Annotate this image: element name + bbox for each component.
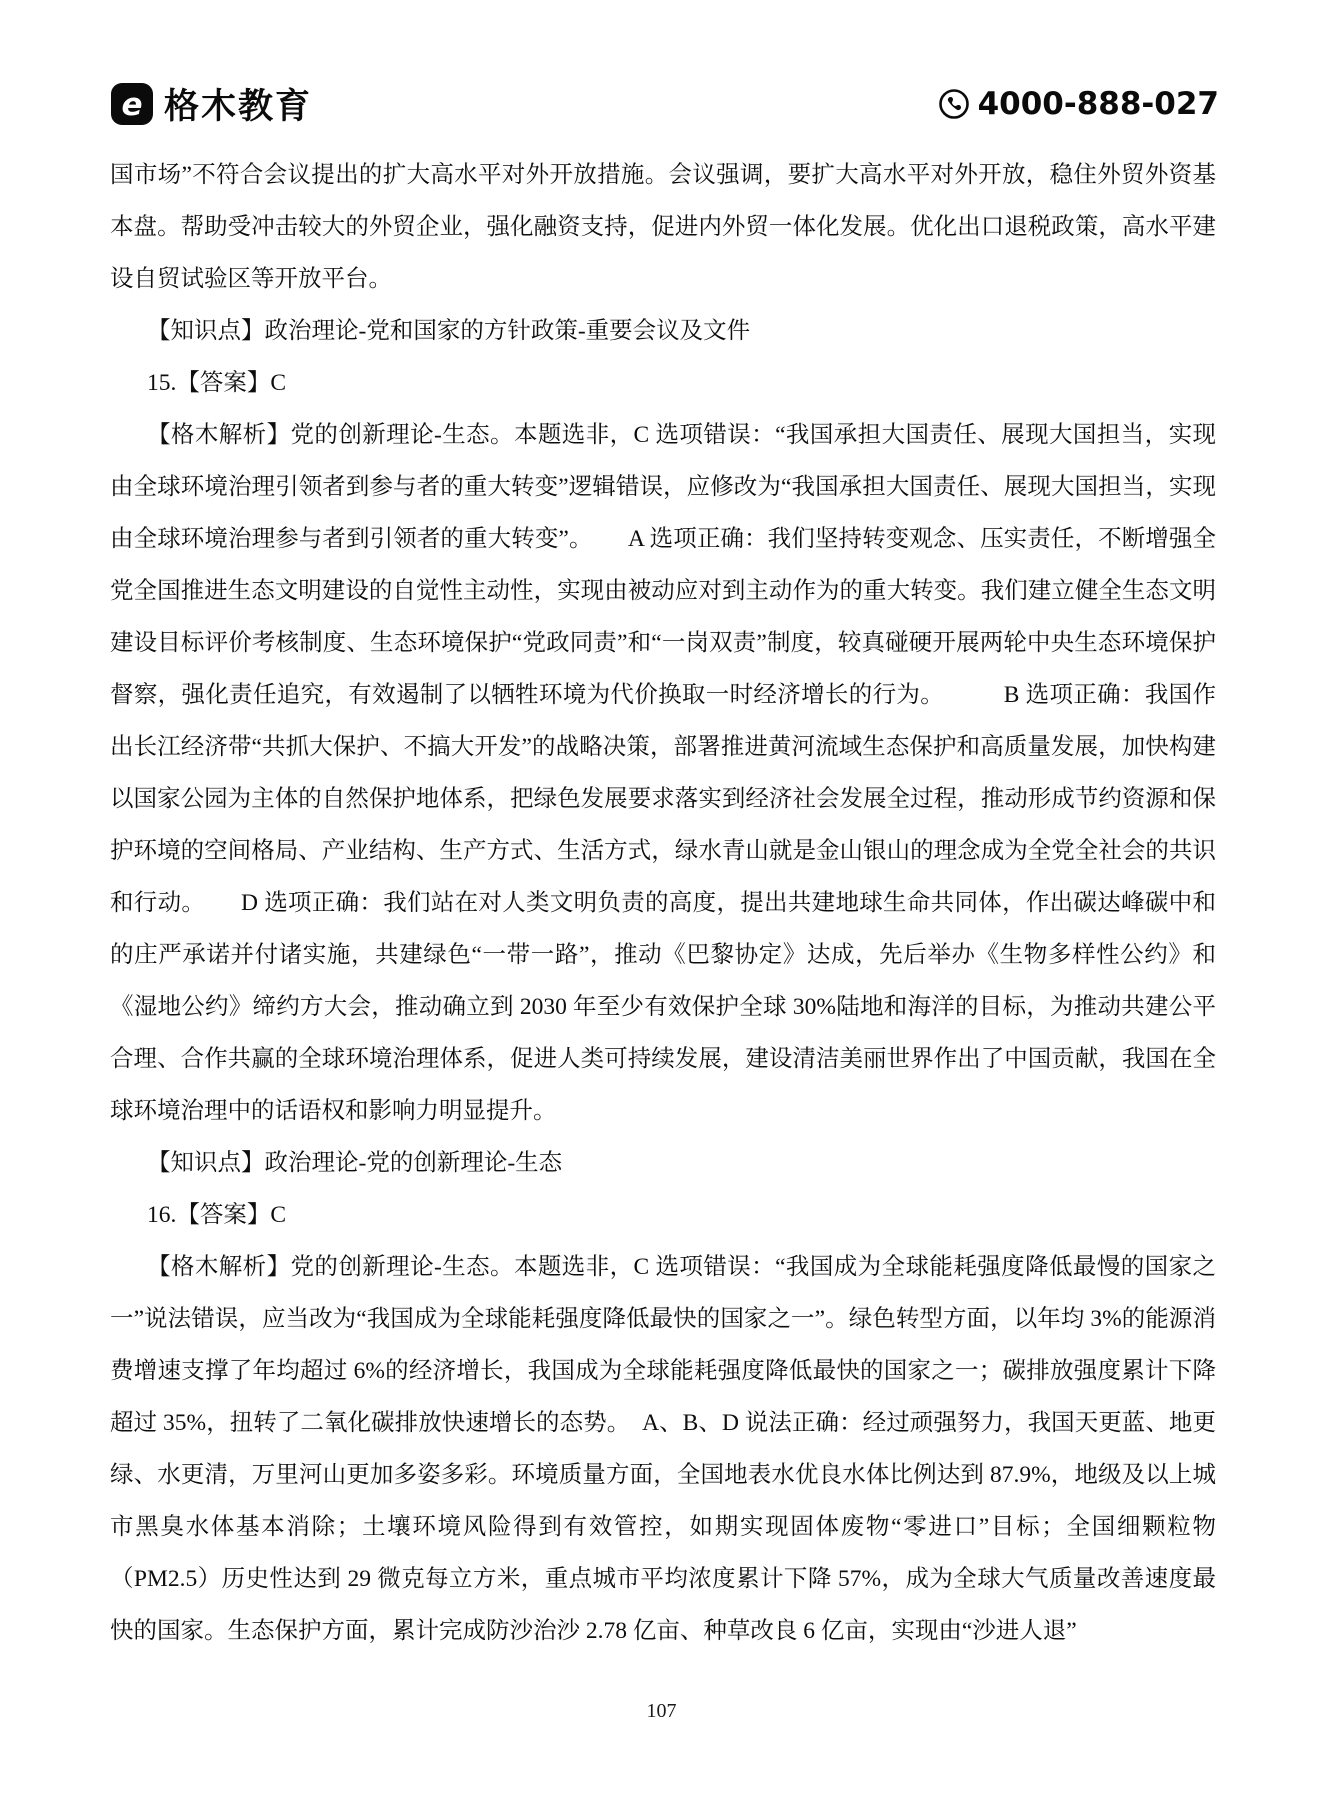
brand-logo: e 格木教育 [110, 79, 312, 129]
paragraph: 15.【答案】C [110, 357, 1216, 409]
paragraph: 16.【答案】C [110, 1189, 1216, 1241]
phone-icon [938, 88, 970, 120]
document-page: e 格木教育 4000-888-027 国市场”不符合会议提出的扩大高水平对外开… [0, 0, 1323, 1795]
gemu-brand-icon: e [110, 82, 154, 126]
paragraph: 国市场”不符合会议提出的扩大高水平对外开放措施。会议强调，要扩大高水平对外开放，… [110, 149, 1216, 305]
brand-name: 格木教育 [164, 79, 312, 129]
phone-number: 4000-888-027 [978, 86, 1219, 122]
document-body: 国市场”不符合会议提出的扩大高水平对外开放措施。会议强调，要扩大高水平对外开放，… [110, 149, 1216, 1657]
paragraph: 【格木解析】党的创新理论-生态。本题选非，C 选项错误：“我国成为全球能耗强度降… [110, 1241, 1216, 1657]
paragraph: 【格木解析】党的创新理论-生态。本题选非，C 选项错误：“我国承担大国责任、展现… [110, 409, 1216, 1137]
page-footer: 107 [0, 1700, 1323, 1723]
page-header: e 格木教育 4000-888-027 [110, 78, 1219, 130]
contact-phone: 4000-888-027 [938, 86, 1219, 122]
paragraph: 【知识点】政治理论-党和国家的方针政策-重要会议及文件 [110, 305, 1216, 357]
page-number: 107 [647, 1700, 677, 1722]
svg-text:e: e [121, 87, 142, 123]
paragraph: 【知识点】政治理论-党的创新理论-生态 [110, 1137, 1216, 1189]
